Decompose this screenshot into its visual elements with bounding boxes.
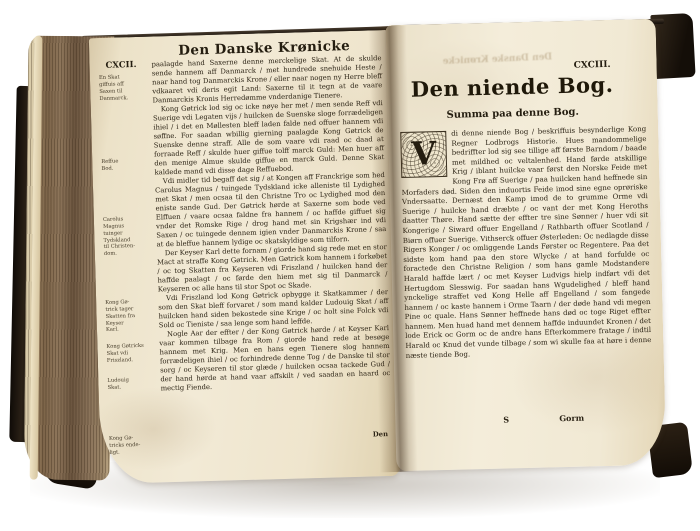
catchword: Den [373,430,388,438]
left-page-body: paalagde hand Saxerne denne merckelige S… [151,54,390,393]
body-paragraph: Der Keyser Karl dette fornam / giorde ha… [157,243,388,294]
margin-note: Reffue Bod. [101,158,149,173]
signature-row: S Gorm [407,411,653,417]
right-page: Den Danske Krønicke CXCIII. Den niende B… [386,19,667,471]
margin-note: Kong Gøtricks Skat vdi Friszland. [106,343,155,365]
catchword: Gorm [559,413,584,424]
left-page: Den Danske Krønicke CXCII. En Skat giffu… [89,30,401,484]
margin-note: Kong Gø- tricks ende- ligt. [109,435,158,457]
left-page-number: CXCII. [105,60,136,71]
woodcut-initial: V [400,131,447,178]
signature-mark: S [503,414,509,424]
book-section-title: Den niende Bog. [387,71,638,102]
body-paragraph: paalagde hand Saxerne denne merckelige S… [151,54,382,105]
body-paragraph: Vdi midler tid begaff det sig / at Konge… [155,171,387,249]
body-paragraph: Nogle Aar der effter / der Kong Gøtrick … [159,324,391,393]
right-page-body: Vdi denne niende Bog / beskriffuis besyn… [400,125,652,361]
summary-subtitle: Summa paa denne Bog. [388,105,638,122]
right-page-number: CXCIII. [574,60,611,71]
book-photo: Den Danske Krønicke CXCII. En Skat giffu… [0,0,700,531]
margin-note: En Skat giffuis aff Saxen til Danmarck. [99,74,148,103]
margin-note: Ludouig Skat. [107,377,155,392]
margin-note: Carolus Magnus tuinger Tydskland til Chr… [103,216,152,258]
margin-note: Kong Gø- trick tager Skatten fra Keyser … [105,299,154,335]
show-through-text: Den Danske Krønicke [402,51,592,69]
body-paragraph: Kong Gøtrick lod sig oc icke nøye her me… [153,99,385,177]
